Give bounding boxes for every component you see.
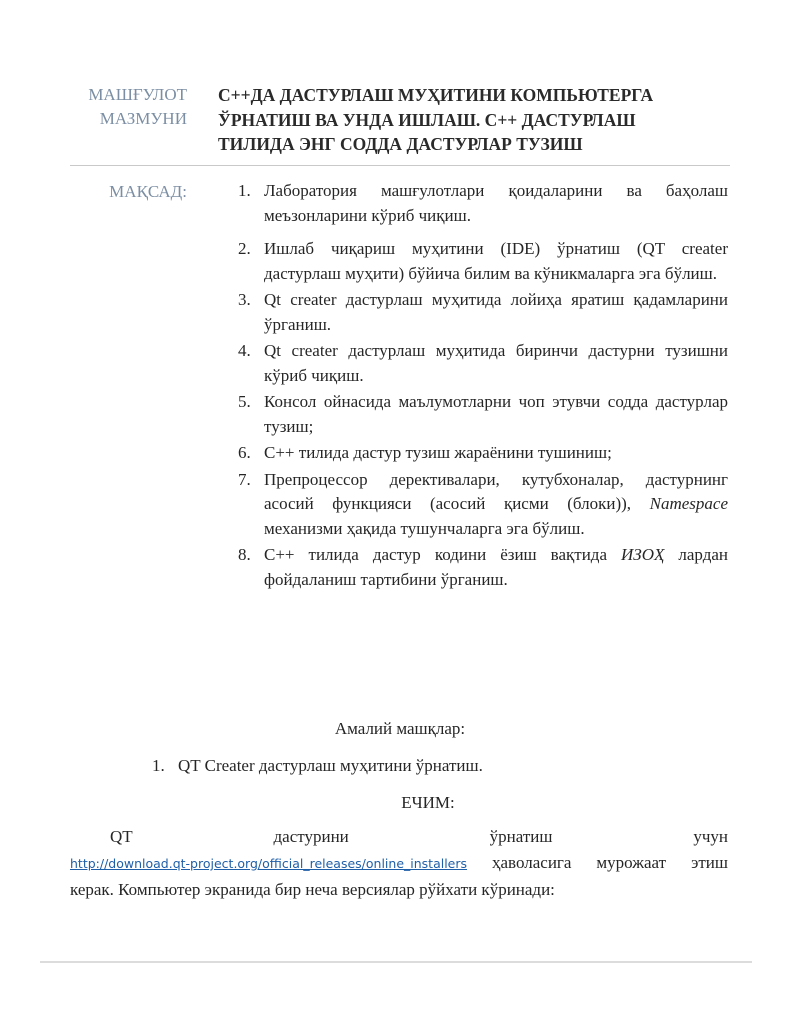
paragraph-line: http://download.qt-project.org/official_… <box>70 850 728 877</box>
list-item: 4.Qt creater дастурлаш муҳитида биринчи … <box>238 339 728 388</box>
list-item: 2.Ишлаб чиқариш муҳитини (IDE) ўрнатиш (… <box>238 237 728 286</box>
italic-term: Namespace <box>650 494 728 513</box>
practice-item: 1.QT Creater дастурлаш муҳитини ўрнатиш. <box>152 754 483 778</box>
list-item: 7.Препроцессор дерективалари, кутубхонал… <box>238 468 728 542</box>
practice-title: Амалий машқлар: <box>0 717 800 741</box>
header-label-line: МАШҒУЛОТ <box>60 83 187 107</box>
list-item: 1.Лаборатория машғулотлари қоидаларини в… <box>238 179 728 228</box>
solution-title: ЕЧИМ: <box>0 791 800 815</box>
title-line: ТИЛИДА ЭНГ СОДДА ДАСТУРЛАР ТУЗИШ <box>218 132 738 157</box>
footer-divider <box>40 961 752 963</box>
document-page: МАШҒУЛОТ МАЗМУНИ С++ДА ДАСТУРЛАШ МУҲИТИН… <box>0 0 800 1035</box>
qt-download-link[interactable]: http://download.qt-project.org/official_… <box>70 851 467 877</box>
title-line: ЎРНАТИШ ВА УНДА ИШЛАШ. С++ ДАСТУРЛАШ <box>218 108 738 133</box>
list-item: 5.Консол ойнасида маълумотларни чоп этув… <box>238 390 728 439</box>
list-item: 8.С++ тилида дастур кодини ёзиш вақтида … <box>238 543 728 592</box>
paragraph-line: QT дастурини ўрнатиш учун <box>70 824 728 850</box>
list-item: 3.Qt creater дастурлаш муҳитида лойиҳа я… <box>238 288 728 337</box>
page-title: С++ДА ДАСТУРЛАШ МУҲИТИНИ КОМПЬЮТЕРГА ЎРН… <box>218 83 738 157</box>
goals-label: МАҚСАД: <box>60 180 187 204</box>
header-label: МАШҒУЛОТ МАЗМУНИ <box>60 83 187 131</box>
italic-term: ИЗОҲ <box>621 545 664 564</box>
header-label-line: МАЗМУНИ <box>60 107 187 131</box>
header-divider <box>70 165 730 166</box>
body-paragraph: QT дастурини ўрнатиш учун http://downloa… <box>70 824 728 903</box>
title-line: С++ДА ДАСТУРЛАШ МУҲИТИНИ КОМПЬЮТЕРГА <box>218 83 738 108</box>
paragraph-line: керак. Компьютер экранида бир неча верси… <box>70 877 728 903</box>
list-item: 6.С++ тилида дастур тузиш жараёнини туши… <box>238 441 728 466</box>
goals-list: 1.Лаборатория машғулотлари қоидаларини в… <box>238 179 728 594</box>
